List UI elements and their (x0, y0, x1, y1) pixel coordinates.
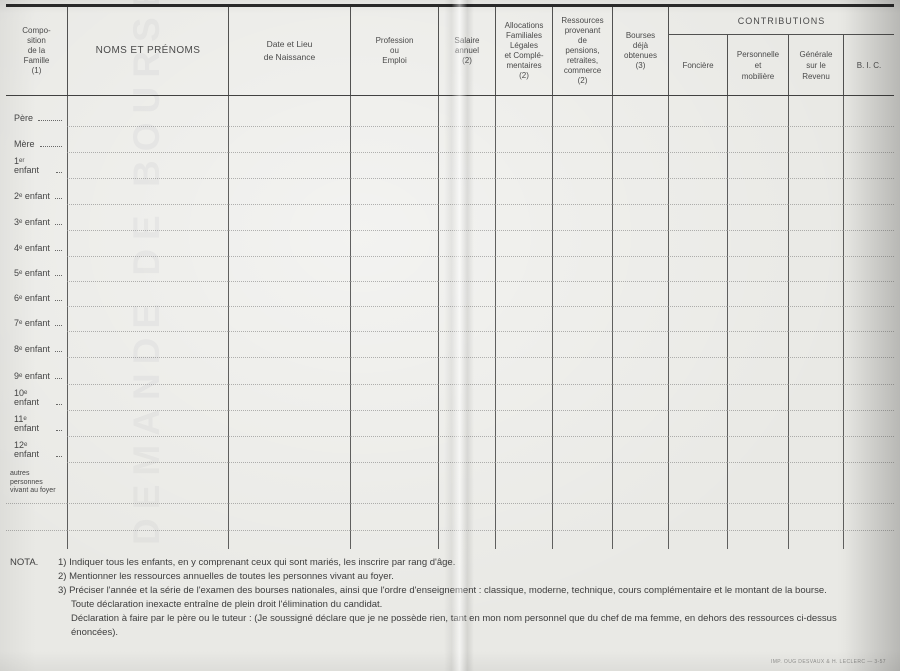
header-salaire-annuel: Salaire annuel (2) (438, 7, 495, 95)
table-cell (668, 385, 727, 411)
table-cell (552, 96, 612, 127)
row-label: Père (14, 114, 33, 123)
dot-leader (55, 198, 62, 199)
table-cell (350, 531, 438, 549)
table-cell (67, 179, 228, 205)
table-cell (67, 463, 228, 504)
table-row (6, 504, 894, 531)
row-label-cell: 7ᵉ enfant (6, 307, 67, 332)
table-cell (612, 307, 668, 332)
scanned-form-page: DEMANDE DE BOURSE Compo- sition de la Fa… (0, 0, 900, 671)
table-cell (727, 153, 788, 179)
table-cell (495, 411, 552, 437)
table-cell (788, 531, 843, 549)
table-cell (727, 504, 788, 531)
table-cell (843, 531, 894, 549)
table-cell (552, 282, 612, 307)
row-label: 9ᵉ enfant (14, 372, 50, 381)
table-cell (350, 179, 438, 205)
row-label: Mère (14, 140, 35, 149)
printer-imprint: IMP. OUG DESVAUX & H. LECLERC — 3-57 (771, 659, 886, 665)
table-row: Mère (6, 127, 894, 153)
nota-heading: NOTA. (10, 556, 58, 640)
nota-item-1: 1) Indiquer tous les enfants, en y compr… (58, 556, 892, 570)
table-row: 3ᵉ enfant (6, 205, 894, 231)
row-label-cell: Père (6, 96, 67, 127)
table-cell (612, 332, 668, 358)
table-cell (668, 531, 727, 549)
table-cell (788, 437, 843, 463)
table-cell (612, 385, 668, 411)
table-cell (552, 332, 612, 358)
table-cell (552, 231, 612, 257)
table-header: Compo- sition de la Famille (1) NOMS ET … (6, 7, 894, 96)
table-cell (788, 385, 843, 411)
row-label: 2ᵉ enfant (14, 192, 50, 201)
dot-leader (56, 404, 62, 405)
table-row: Père (6, 96, 894, 127)
table-cell (350, 307, 438, 332)
table-cell (668, 257, 727, 282)
table-cell (612, 531, 668, 549)
table-cell (552, 179, 612, 205)
table-cell (67, 531, 228, 549)
dot-leader (38, 120, 62, 121)
table-cell (727, 307, 788, 332)
row-label-cell (6, 504, 67, 531)
table-cell (843, 307, 894, 332)
row-label-cell: autres personnes vivant au foyer (6, 463, 67, 504)
table-cell (67, 358, 228, 385)
table-cell (228, 153, 350, 179)
table-cell (843, 437, 894, 463)
row-label: 8ᵉ enfant (14, 345, 50, 354)
dot-leader (55, 224, 62, 225)
row-label-cell: 9ᵉ enfant (6, 358, 67, 385)
dot-leader (55, 351, 62, 352)
table-cell (612, 179, 668, 205)
header-contributions-group: CONTRIBUTIONS (668, 7, 894, 35)
table-cell (843, 205, 894, 231)
dot-leader (40, 146, 62, 147)
table-cell (438, 282, 495, 307)
table-cell (228, 231, 350, 257)
table-cell (668, 282, 727, 307)
row-label-cell: 3ᵉ enfant (6, 205, 67, 231)
table-cell (612, 231, 668, 257)
table-cell (668, 205, 727, 231)
table-cell (495, 153, 552, 179)
header-contribution-fonciere: Foncière (668, 35, 727, 95)
family-resources-table: Compo- sition de la Famille (1) NOMS ET … (6, 4, 894, 549)
table-cell (612, 205, 668, 231)
table-cell (67, 257, 228, 282)
nota-section: NOTA. 1) Indiquer tous les enfants, en y… (10, 556, 892, 640)
table-cell (843, 127, 894, 153)
table-cell (727, 179, 788, 205)
table-cell (668, 179, 727, 205)
table-cell (668, 127, 727, 153)
table-cell (727, 127, 788, 153)
table-cell (788, 358, 843, 385)
table-cell (438, 437, 495, 463)
table-cell (788, 231, 843, 257)
table-cell (228, 437, 350, 463)
row-label-cell: 10ᵉ enfant (6, 385, 67, 411)
table-cell (438, 179, 495, 205)
nota-body: 1) Indiquer tous les enfants, en y compr… (58, 556, 892, 640)
table-cell (788, 332, 843, 358)
table-cell (788, 179, 843, 205)
table-cell (350, 153, 438, 179)
header-allocations-familiales: Allocations Familiales Légales et Complé… (495, 7, 552, 95)
table-cell (350, 332, 438, 358)
table-cell (788, 411, 843, 437)
table-cell (228, 358, 350, 385)
table-cell (788, 153, 843, 179)
table-cell (668, 153, 727, 179)
table-cell (495, 127, 552, 153)
table-cell (495, 205, 552, 231)
table-cell (552, 307, 612, 332)
table-cell (552, 205, 612, 231)
table-cell (438, 127, 495, 153)
table-cell (727, 385, 788, 411)
table-cell (552, 385, 612, 411)
table-cell (228, 332, 350, 358)
table-cell (438, 257, 495, 282)
table-cell (495, 96, 552, 127)
row-label-cell: 8ᵉ enfant (6, 332, 67, 358)
table-cell (438, 153, 495, 179)
table-cell (552, 153, 612, 179)
table-cell (438, 411, 495, 437)
table-row: 12ᵉ enfant (6, 437, 894, 463)
table-cell (788, 96, 843, 127)
dot-leader (56, 172, 62, 173)
table-cell (438, 531, 495, 549)
table-cell (495, 332, 552, 358)
table-cell (727, 358, 788, 385)
table-cell (67, 437, 228, 463)
table-cell (495, 358, 552, 385)
table-cell (668, 332, 727, 358)
table-cell (727, 231, 788, 257)
table-cell (668, 411, 727, 437)
table-cell (438, 385, 495, 411)
row-label: 10ᵉ enfant (14, 389, 51, 407)
table-cell (612, 153, 668, 179)
table-cell (438, 231, 495, 257)
table-cell (552, 358, 612, 385)
table-cell (495, 282, 552, 307)
table-cell (350, 504, 438, 531)
table-cell (350, 231, 438, 257)
table-cell (438, 504, 495, 531)
table-cell (612, 257, 668, 282)
dot-leader (56, 430, 62, 431)
table-cell (788, 504, 843, 531)
table-cell (350, 385, 438, 411)
table-cell (438, 96, 495, 127)
nota-declaration-wrap: énoncées). (58, 626, 892, 640)
table-cell (67, 411, 228, 437)
table-cell (612, 282, 668, 307)
table-cell (727, 463, 788, 504)
header-noms-prenoms: NOMS ET PRÉNOMS (67, 7, 228, 95)
table-cell (228, 504, 350, 531)
table-cell (668, 307, 727, 332)
table-row: 2ᵉ enfant (6, 179, 894, 205)
table-cell (668, 504, 727, 531)
row-label-cell: 2ᵉ enfant (6, 179, 67, 205)
table-cell (228, 411, 350, 437)
table-cell (228, 96, 350, 127)
table-cell (668, 96, 727, 127)
dot-leader (55, 325, 62, 326)
table-cell (612, 127, 668, 153)
row-label-cell: 6ᵉ enfant (6, 282, 67, 307)
dot-leader (55, 300, 62, 301)
table-cell (438, 307, 495, 332)
table-row: 10ᵉ enfant (6, 385, 894, 411)
table-cell (552, 437, 612, 463)
table-cell (612, 504, 668, 531)
table-cell (612, 437, 668, 463)
table-row: 8ᵉ enfant (6, 332, 894, 358)
table-row: 9ᵉ enfant (6, 358, 894, 385)
row-label-cell: 11ᵉ enfant (6, 411, 67, 437)
table-row: 1ᵉʳ enfant (6, 153, 894, 179)
table-cell (843, 179, 894, 205)
table-cell (67, 282, 228, 307)
table-cell (495, 504, 552, 531)
table-cell (788, 463, 843, 504)
table-cell (350, 127, 438, 153)
table-row: 5ᵉ enfant (6, 257, 894, 282)
table-row: autres personnes vivant au foyer (6, 463, 894, 504)
header-ressources-pensions: Ressources provenant de pensions, retrai… (552, 7, 612, 95)
table-cell (727, 411, 788, 437)
table-cell (438, 205, 495, 231)
row-label-cell: 5ᵉ enfant (6, 257, 67, 282)
table-cell (495, 257, 552, 282)
table-cell (727, 257, 788, 282)
table-cell (668, 437, 727, 463)
table-cell (612, 358, 668, 385)
table-cell (228, 282, 350, 307)
header-contribution-bic: B. I. C. (843, 35, 894, 95)
table-cell (788, 307, 843, 332)
table-cell (727, 332, 788, 358)
table-cell (67, 504, 228, 531)
table-cell (843, 231, 894, 257)
dot-leader (55, 275, 62, 276)
table-cell (495, 437, 552, 463)
row-label-cell: 4ᵉ enfant (6, 231, 67, 257)
table-cell (668, 358, 727, 385)
table-cell (67, 307, 228, 332)
table-cell (788, 127, 843, 153)
table-cell (228, 179, 350, 205)
table-cell (495, 231, 552, 257)
table-cell (727, 96, 788, 127)
table-cell (552, 127, 612, 153)
table-cell (350, 437, 438, 463)
table-cell (552, 504, 612, 531)
row-label-cell: Mère (6, 127, 67, 153)
dot-leader (55, 378, 62, 379)
header-contribution-generale-revenu: Générale sur le Revenu (788, 35, 843, 95)
table-cell (843, 358, 894, 385)
table-cell (843, 332, 894, 358)
table-cell (552, 257, 612, 282)
table-cell (668, 231, 727, 257)
table-cell (350, 205, 438, 231)
row-label: 7ᵉ enfant (14, 319, 50, 328)
table-cell (843, 282, 894, 307)
table-cell (668, 463, 727, 504)
table-cell (350, 411, 438, 437)
table-cell (67, 332, 228, 358)
nota-warning-line: Toute déclaration inexacte entraîne de p… (58, 598, 892, 612)
header-bourses-obtenues: Bourses déjà obtenues (3) (612, 7, 668, 95)
row-label-cell (6, 531, 67, 549)
row-label: 3ᵉ enfant (14, 218, 50, 227)
table-cell (495, 463, 552, 504)
table-cell (228, 307, 350, 332)
table-cell (495, 307, 552, 332)
table-cell (495, 385, 552, 411)
table-cell (67, 96, 228, 127)
table-cell (552, 411, 612, 437)
row-label: 5ᵉ enfant (14, 269, 50, 278)
table-cell (788, 257, 843, 282)
table-cell (350, 257, 438, 282)
table-body: PèreMère1ᵉʳ enfant2ᵉ enfant3ᵉ enfant4ᵉ e… (6, 96, 894, 549)
row-label-cell: 12ᵉ enfant (6, 437, 67, 463)
header-contribution-personnelle-mobiliere: Personnelle et mobilière (727, 35, 788, 95)
table-cell (228, 205, 350, 231)
table-cell (727, 437, 788, 463)
table-cell (788, 205, 843, 231)
table-cell (228, 531, 350, 549)
row-label: 1ᵉʳ enfant (14, 157, 51, 175)
table-cell (438, 332, 495, 358)
table-cell (843, 96, 894, 127)
table-cell (67, 127, 228, 153)
table-cell (67, 385, 228, 411)
row-label: 4ᵉ enfant (14, 244, 50, 253)
table-cell (612, 411, 668, 437)
table-cell (552, 531, 612, 549)
table-cell (67, 205, 228, 231)
table-cell (228, 257, 350, 282)
table-cell (612, 463, 668, 504)
table-cell (843, 463, 894, 504)
table-cell (727, 205, 788, 231)
row-label: 12ᵉ enfant (14, 441, 51, 459)
dot-leader (55, 250, 62, 251)
table-cell (228, 463, 350, 504)
dot-leader (56, 456, 62, 457)
table-row: 11ᵉ enfant (6, 411, 894, 437)
header-date-lieu-naissance: Date et Lieu de Naissance (228, 7, 350, 95)
table-cell (228, 127, 350, 153)
row-label-cell: 1ᵉʳ enfant (6, 153, 67, 179)
table-cell (350, 96, 438, 127)
table-cell (350, 358, 438, 385)
nota-item-2: 2) Mentionner les ressources annuelles d… (58, 570, 892, 584)
table-cell (612, 96, 668, 127)
table-cell (67, 231, 228, 257)
table-cell (228, 385, 350, 411)
table-cell (843, 153, 894, 179)
table-cell (843, 411, 894, 437)
table-cell (843, 257, 894, 282)
header-profession-emploi: Profession ou Emploi (350, 7, 438, 95)
table-row (6, 531, 894, 549)
row-label: 6ᵉ enfant (14, 294, 50, 303)
table-cell (843, 504, 894, 531)
table-cell (67, 153, 228, 179)
table-row: 6ᵉ enfant (6, 282, 894, 307)
table-row: 7ᵉ enfant (6, 307, 894, 332)
table-row: 4ᵉ enfant (6, 231, 894, 257)
nota-item-3: 3) Préciser l'année et la série de l'exa… (58, 584, 892, 598)
table-cell (438, 463, 495, 504)
row-label: autres personnes vivant au foyer (10, 470, 64, 496)
header-composition-famille: Compo- sition de la Famille (1) (6, 7, 67, 95)
table-cell (727, 282, 788, 307)
table-cell (495, 179, 552, 205)
table-cell (495, 531, 552, 549)
row-label: 11ᵉ enfant (14, 415, 51, 433)
table-cell (438, 358, 495, 385)
table-cell (843, 385, 894, 411)
table-cell (727, 531, 788, 549)
table-cell (350, 282, 438, 307)
nota-declaration-line: Déclaration à faire par le père ou le tu… (58, 612, 892, 626)
table-cell (350, 463, 438, 504)
table-cell (552, 463, 612, 504)
table-cell (788, 282, 843, 307)
